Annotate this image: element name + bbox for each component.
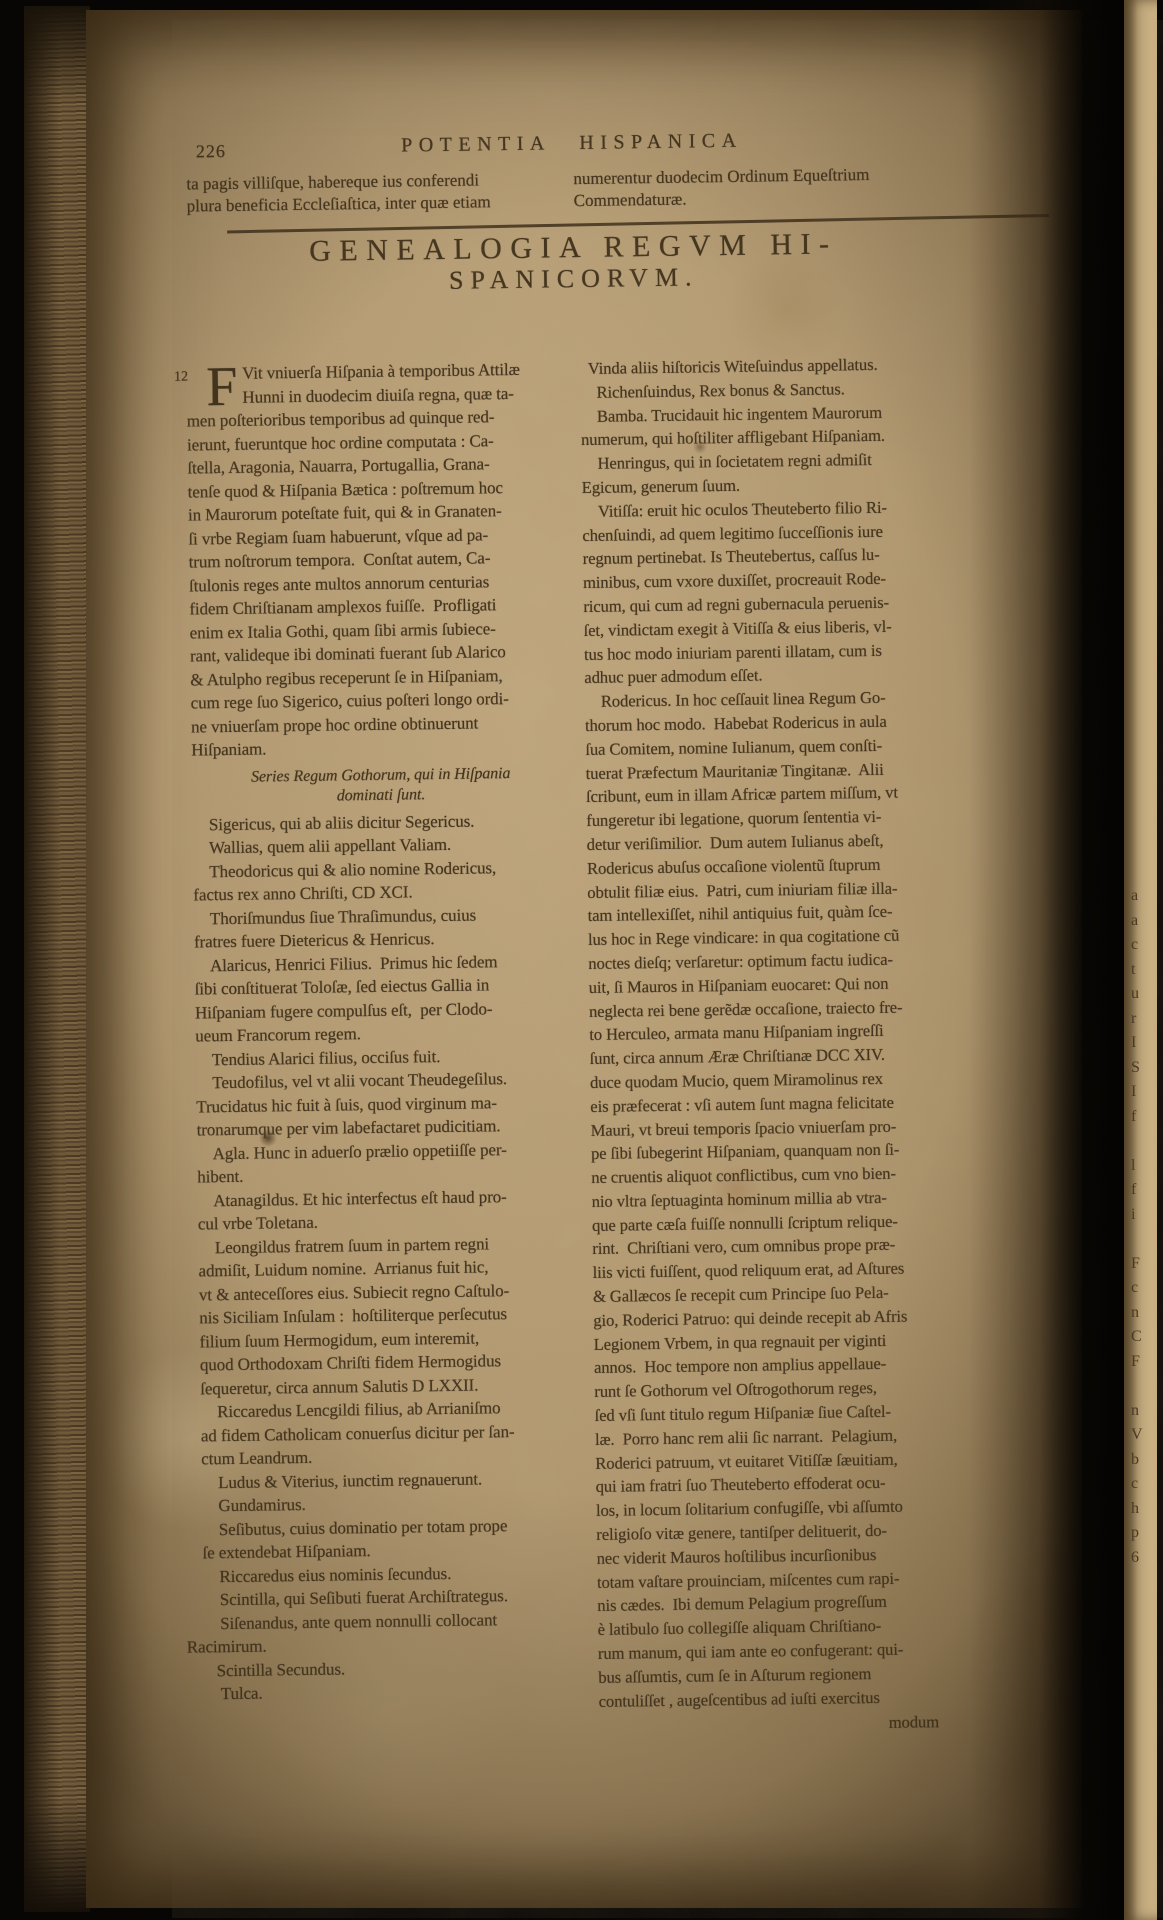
page-scan: 226 POTENTIA HISPANICA ta pagis villiſqu… <box>86 10 1082 1908</box>
facing-page-letters: aacturISIf lfi FcnCF nVbchp6 <box>1124 0 1157 1570</box>
margin-note: 12 <box>174 365 188 389</box>
section-title: GENEALOGIA REGVM HI- SPANICORVM. <box>135 225 1012 300</box>
right-column: Vinda aliis hiſtoricis Witeſuindus appel… <box>580 352 947 1739</box>
opening-paragraph: 12 F Vit vniuerſa Hiſpania à temporibus … <box>186 357 570 762</box>
left-column: 12 F Vit vniuerſa Hiſpania à temporibus … <box>186 357 583 1744</box>
facing-page-edge: aacturISIf lfi FcnCF nVbchp6 <box>1124 0 1157 1920</box>
running-title: POTENTIA HISPANICA <box>74 125 1070 162</box>
intro-right-column: numerentur duodecim Ordinum EqueſtriumCo… <box>573 164 870 212</box>
text-columns: 12 F Vit vniuerſa Hiſpania à temporibus … <box>186 352 947 1744</box>
intro-paragraph: ta pagis villiſque, habereque ius confer… <box>186 161 1047 217</box>
book-scan: { "page": { "number": "226", "running_ti… <box>0 0 1163 1920</box>
gothic-kings-list: Sigericus, qui ab aliis dicitur Segericu… <box>192 808 582 1706</box>
right-column-entries: Vinda aliis hiſtoricis Witeſuindus appel… <box>580 352 947 1713</box>
series-heading: Series Regum Gothorum, qui in Hiſpaniado… <box>192 763 571 809</box>
drop-cap: F <box>206 365 238 409</box>
catchword: modum <box>599 1710 947 1739</box>
opening-paragraph-lines: Vit vniuerſa Hiſpania à temporibus Attil… <box>186 357 570 762</box>
page-content: 226 POTENTIA HISPANICA ta pagis villiſqu… <box>72 3 1094 1915</box>
intro-left-column: ta pagis villiſque, habereque ius confer… <box>186 168 572 217</box>
